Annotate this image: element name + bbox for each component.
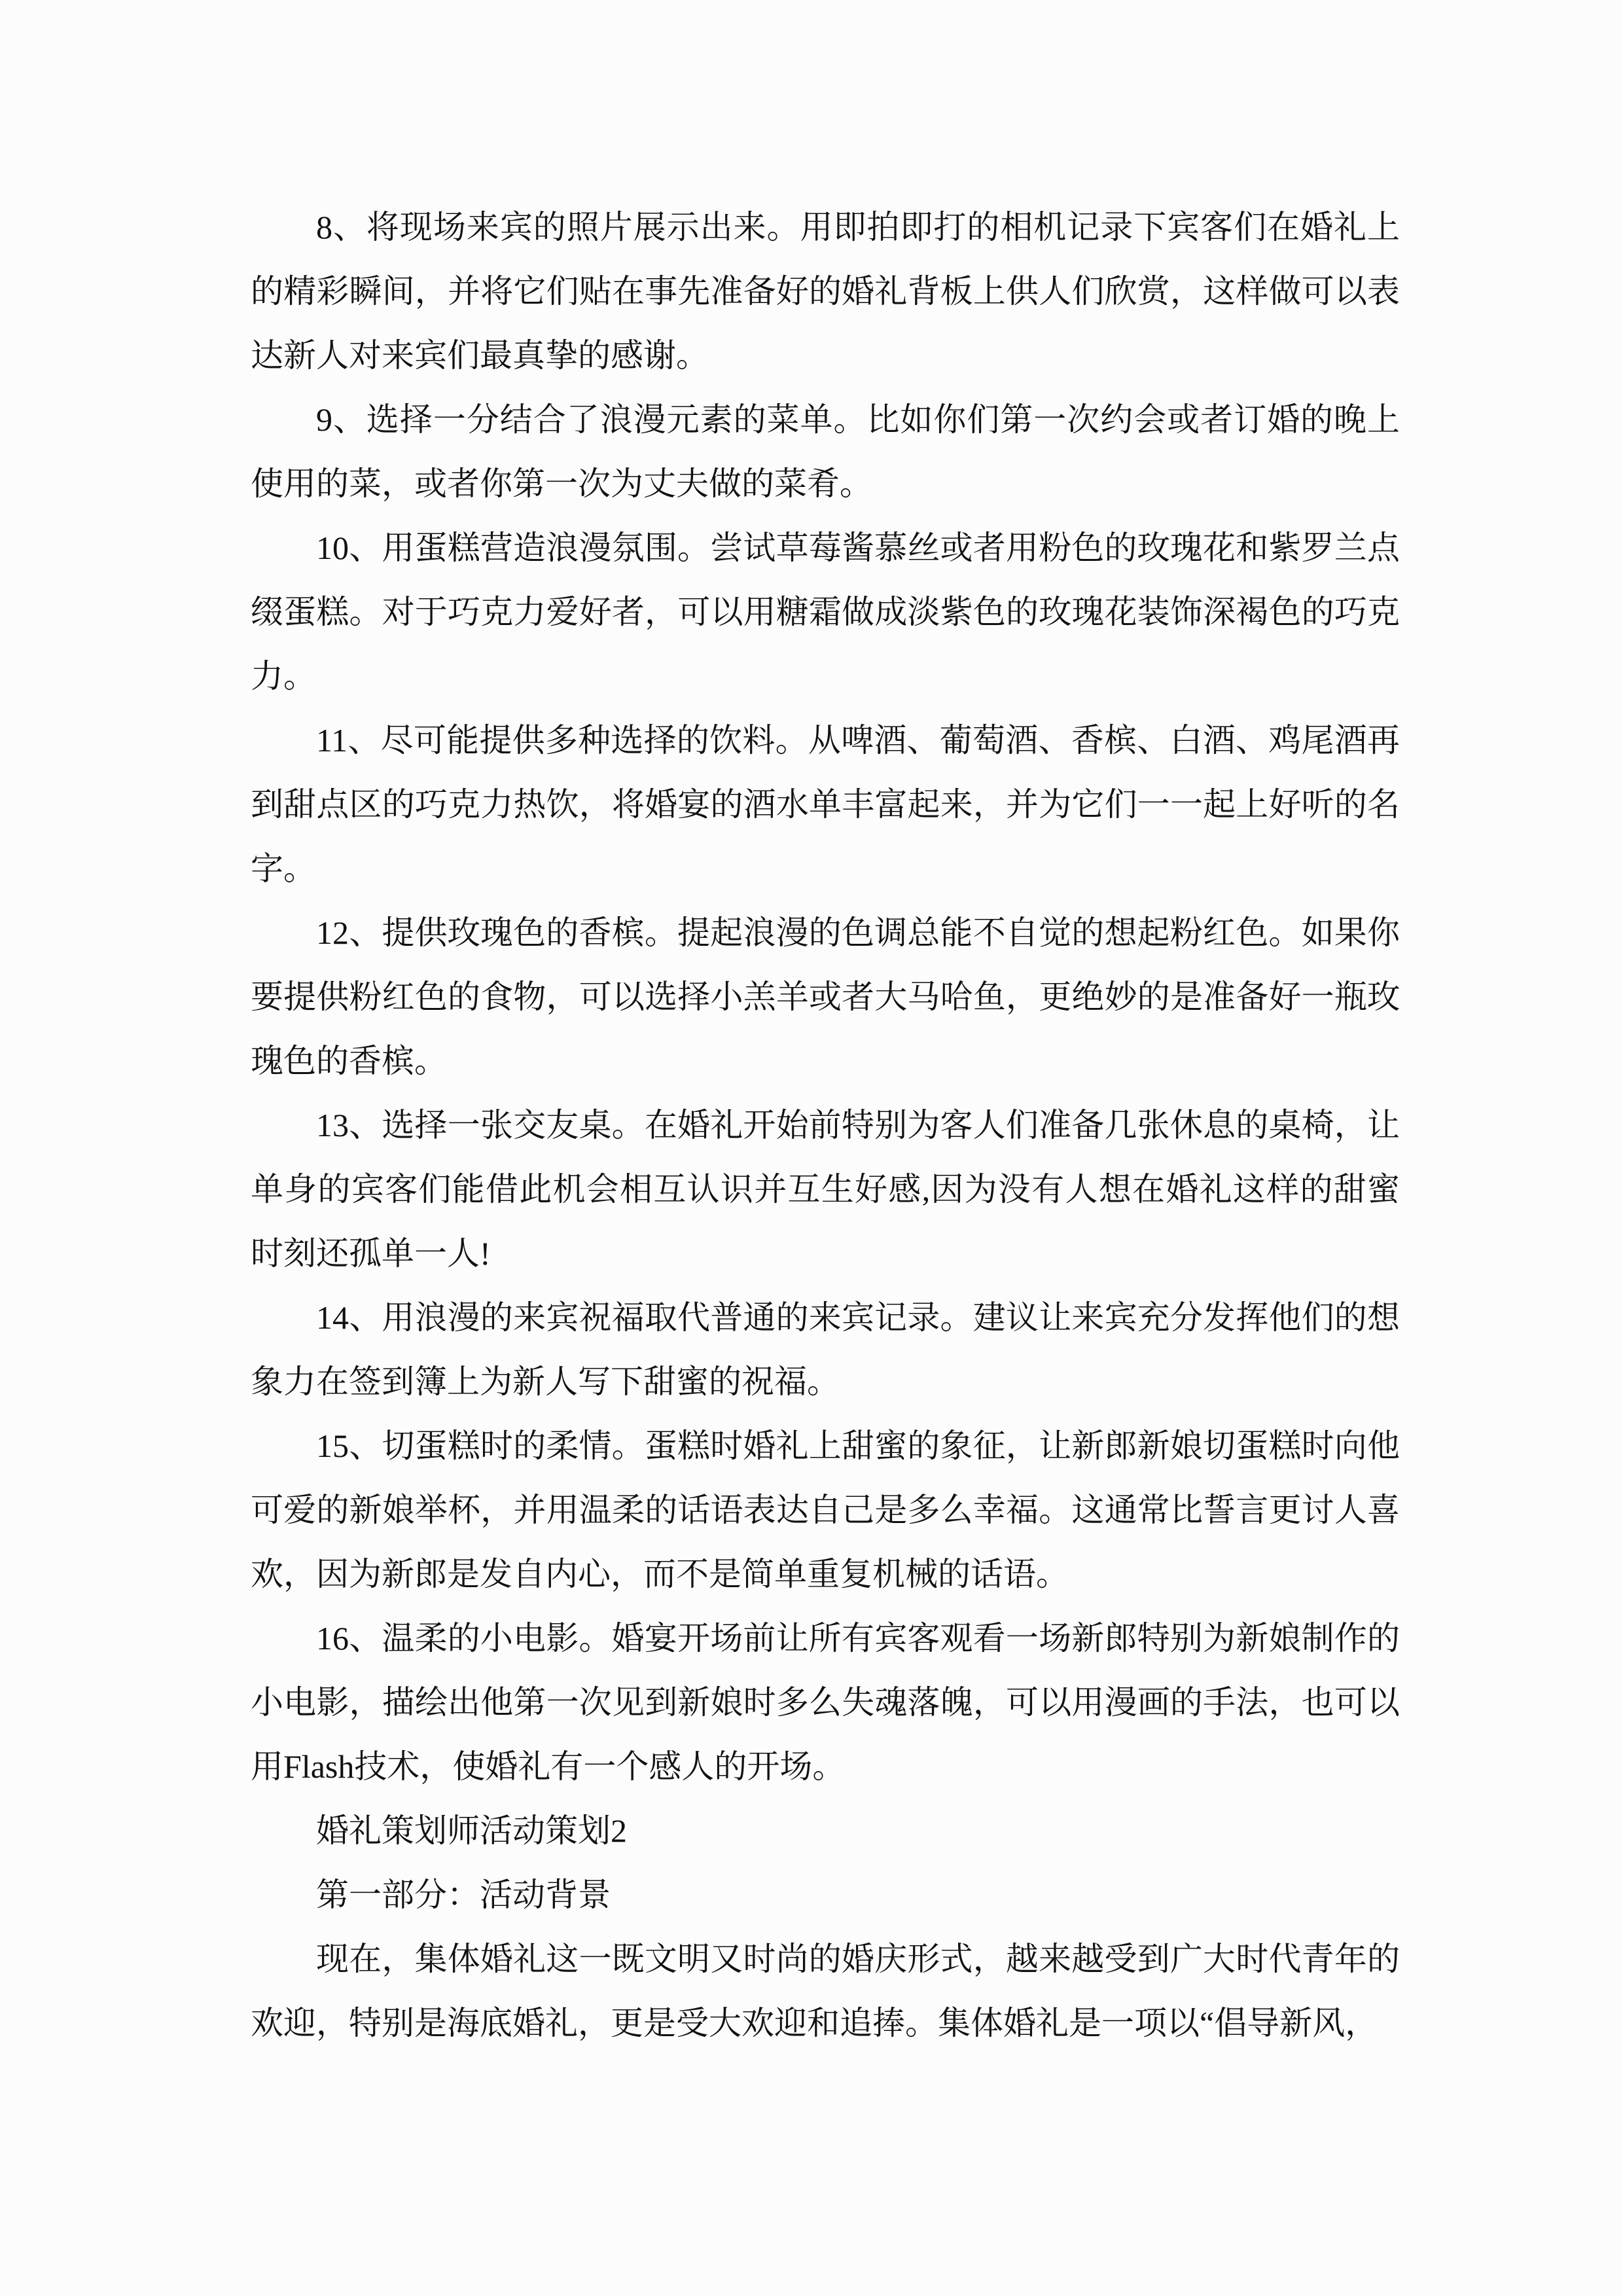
document-page: 8、将现场来宾的照片展示出来。用即拍即打的相机记录下宾客们在婚礼上的精彩瞬间，并…: [0, 0, 1623, 2296]
section-heading: 第一部分：活动背景: [251, 1863, 1400, 1927]
paragraph-16: 16、温柔的小电影。婚宴开场前让所有宾客观看一场新郎特别为新娘制作的小电影，描绘…: [251, 1606, 1400, 1799]
paragraph-background: 现在，集体婚礼这一既文明又时尚的婚庆形式，越来越受到广大时代青年的欢迎，特别是海…: [251, 1927, 1400, 2055]
paragraph-9: 9、选择一分结合了浪漫元素的菜单。比如你们第一次约会或者订婚的晚上使用的菜，或者…: [251, 387, 1400, 516]
paragraph-8: 8、将现场来宾的照片展示出来。用即拍即打的相机记录下宾客们在婚礼上的精彩瞬间，并…: [251, 195, 1400, 387]
paragraph-10: 10、用蛋糕营造浪漫氛围。尝试草莓酱慕丝或者用粉色的玫瑰花和紫罗兰点缀蛋糕。对于…: [251, 516, 1400, 708]
paragraph-14: 14、用浪漫的来宾祝福取代普通的来宾记录。建议让来宾充分发挥他们的想象力在签到簿…: [251, 1285, 1400, 1414]
paragraph-13: 13、选择一张交友桌。在婚礼开始前特别为客人们准备几张休息的桌椅，让单身的宾客们…: [251, 1093, 1400, 1285]
paragraph-12: 12、提供玫瑰色的香槟。提起浪漫的色调总能不自觉的想起粉红色。如果你要提供粉红色…: [251, 901, 1400, 1093]
document-text-block: 8、将现场来宾的照片展示出来。用即拍即打的相机记录下宾客们在婚礼上的精彩瞬间，并…: [251, 195, 1400, 2055]
paragraph-11: 11、尽可能提供多种选择的饮料。从啤酒、葡萄酒、香槟、白酒、鸡尾酒再到甜点区的巧…: [251, 708, 1400, 901]
paragraph-15: 15、切蛋糕时的柔情。蛋糕时婚礼上甜蜜的象征，让新郎新娘切蛋糕时向他可爱的新娘举…: [251, 1414, 1400, 1606]
section-title: 婚礼策划师活动策划2: [251, 1799, 1400, 1863]
